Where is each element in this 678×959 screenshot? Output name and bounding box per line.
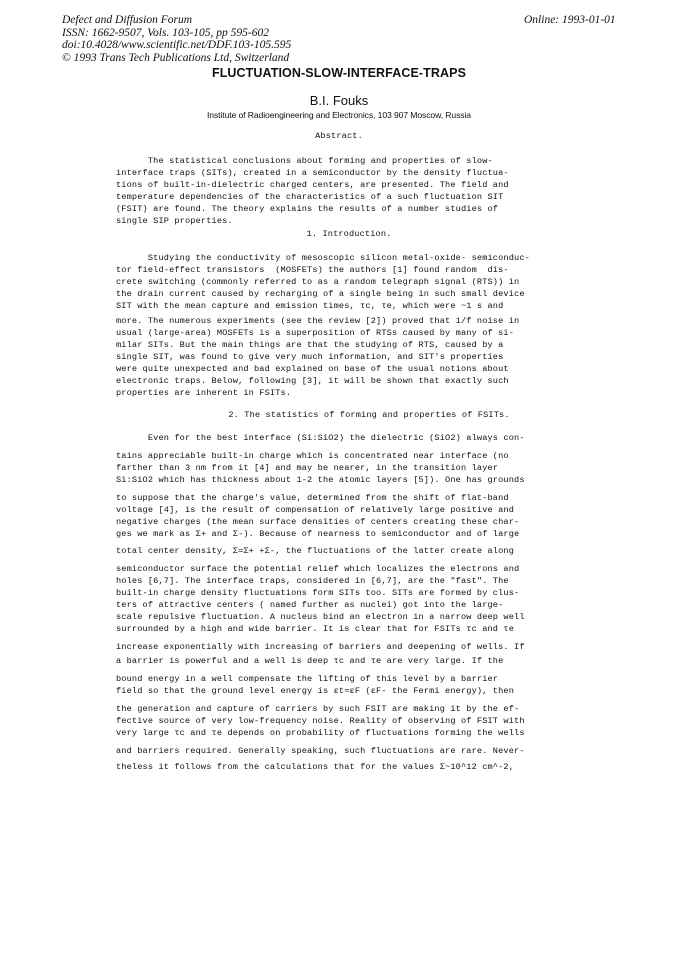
section-1-heading: 1. Introduction. (10, 229, 678, 239)
text-line: The statistical conclusions about formin… (116, 156, 493, 166)
online-date: Online: 1993-01-01 (524, 14, 616, 27)
text-line: to suppose that the charge's value, dete… (116, 493, 509, 503)
text-line: were quite unexpected and bad explained … (116, 364, 509, 374)
text-line: total center density, Σ=Σ+ +Σ-, the fluc… (116, 546, 514, 556)
text-line: a barrier is powerful and a well is deep… (116, 656, 503, 666)
text-line: field so that the ground level energy is… (116, 686, 514, 696)
doi-line: doi:10.4028/www.scientific.net/DDF.103-1… (62, 39, 291, 52)
affiliation: Institute of Radioengineering and Electr… (0, 110, 678, 120)
text-line: single SIT, was found to give very much … (116, 352, 503, 362)
text-line: tor field-effect transistors (MOSFETs) t… (116, 265, 509, 275)
text-line: bound energy in a well compensate the li… (116, 674, 498, 684)
journal-header: Defect and Diffusion Forum ISSN: 1662-95… (62, 14, 291, 64)
text-line: milar SITs. But the main things are that… (116, 340, 503, 350)
text-line: more. The numerous experiments (see the … (116, 316, 519, 326)
text-line: negative charges (the mean surface densi… (116, 517, 519, 527)
text-line: Even for the best interface (Si:SiO2) th… (116, 433, 525, 443)
text-line: semiconductor surface the potential reli… (116, 564, 519, 574)
text-line: voltage [4], is the result of compensati… (116, 505, 514, 515)
text-line: increase exponentially with increasing o… (116, 642, 525, 652)
text-line: single SIP properties. (116, 216, 233, 226)
text-line: theless it follows from the calculations… (116, 762, 514, 772)
text-line: usual (large-area) MOSFETs is a superpos… (116, 328, 514, 338)
copyright-line: © 1993 Trans Tech Publications Ltd, Swit… (62, 52, 291, 65)
text-line: very large τc and τe depends on probabil… (116, 728, 525, 738)
text-line: tains appreciable built-in charge which … (116, 451, 509, 461)
text-line: interface traps (SITs), created in a sem… (116, 168, 509, 178)
text-line: surrounded by a high and wide barrier. I… (116, 624, 514, 634)
text-line: Studying the conductivity of mesoscopic … (116, 253, 530, 263)
text-line: SIT with the mean capture and emission t… (116, 301, 503, 311)
section-2-heading: 2. The statistics of forming and propert… (30, 410, 678, 420)
text-line: fective source of very low-frequency noi… (116, 716, 525, 726)
text-line: built-in charge density fluctuations for… (116, 588, 519, 598)
journal-name: Defect and Diffusion Forum (62, 14, 291, 27)
text-line: tions of built-in-dielectric charged cen… (116, 180, 509, 190)
text-line: ters of attractive centers ( named furth… (116, 600, 503, 610)
text-line: and barriers required. Generally speakin… (116, 746, 525, 756)
text-line: (FSIT) are found. The theory explains th… (116, 204, 498, 214)
text-line: the drain current caused by recharging o… (116, 289, 525, 299)
text-line: farther than 3 nm from it [4] and may be… (116, 463, 498, 473)
text-line: ges we mark as Σ+ and Σ-). Because of ne… (116, 529, 519, 539)
text-line: the generation and capture of carriers b… (116, 704, 519, 714)
issn-line: ISSN: 1662-9507, Vols. 103-105, pp 595-6… (62, 27, 291, 40)
text-line: Si:SiO2 which has thickness about 1-2 th… (116, 475, 525, 485)
abstract-heading: Abstract. (0, 131, 678, 141)
text-line: holes [6,7]. The interface traps, consid… (116, 576, 509, 586)
text-line: temperature dependencies of the characte… (116, 192, 503, 202)
text-line: electronic traps. Below, following [3], … (116, 376, 509, 386)
text-line: properties are inherent in FSITs. (116, 388, 291, 398)
text-line: scale repulsive fluctuation. A nucleus b… (116, 612, 525, 622)
author-name: B.I. Fouks (0, 93, 678, 108)
paper-title: FLUCTUATION-SLOW-INTERFACE-TRAPS (0, 66, 678, 80)
text-line: crete switching (commonly referred to as… (116, 277, 519, 287)
